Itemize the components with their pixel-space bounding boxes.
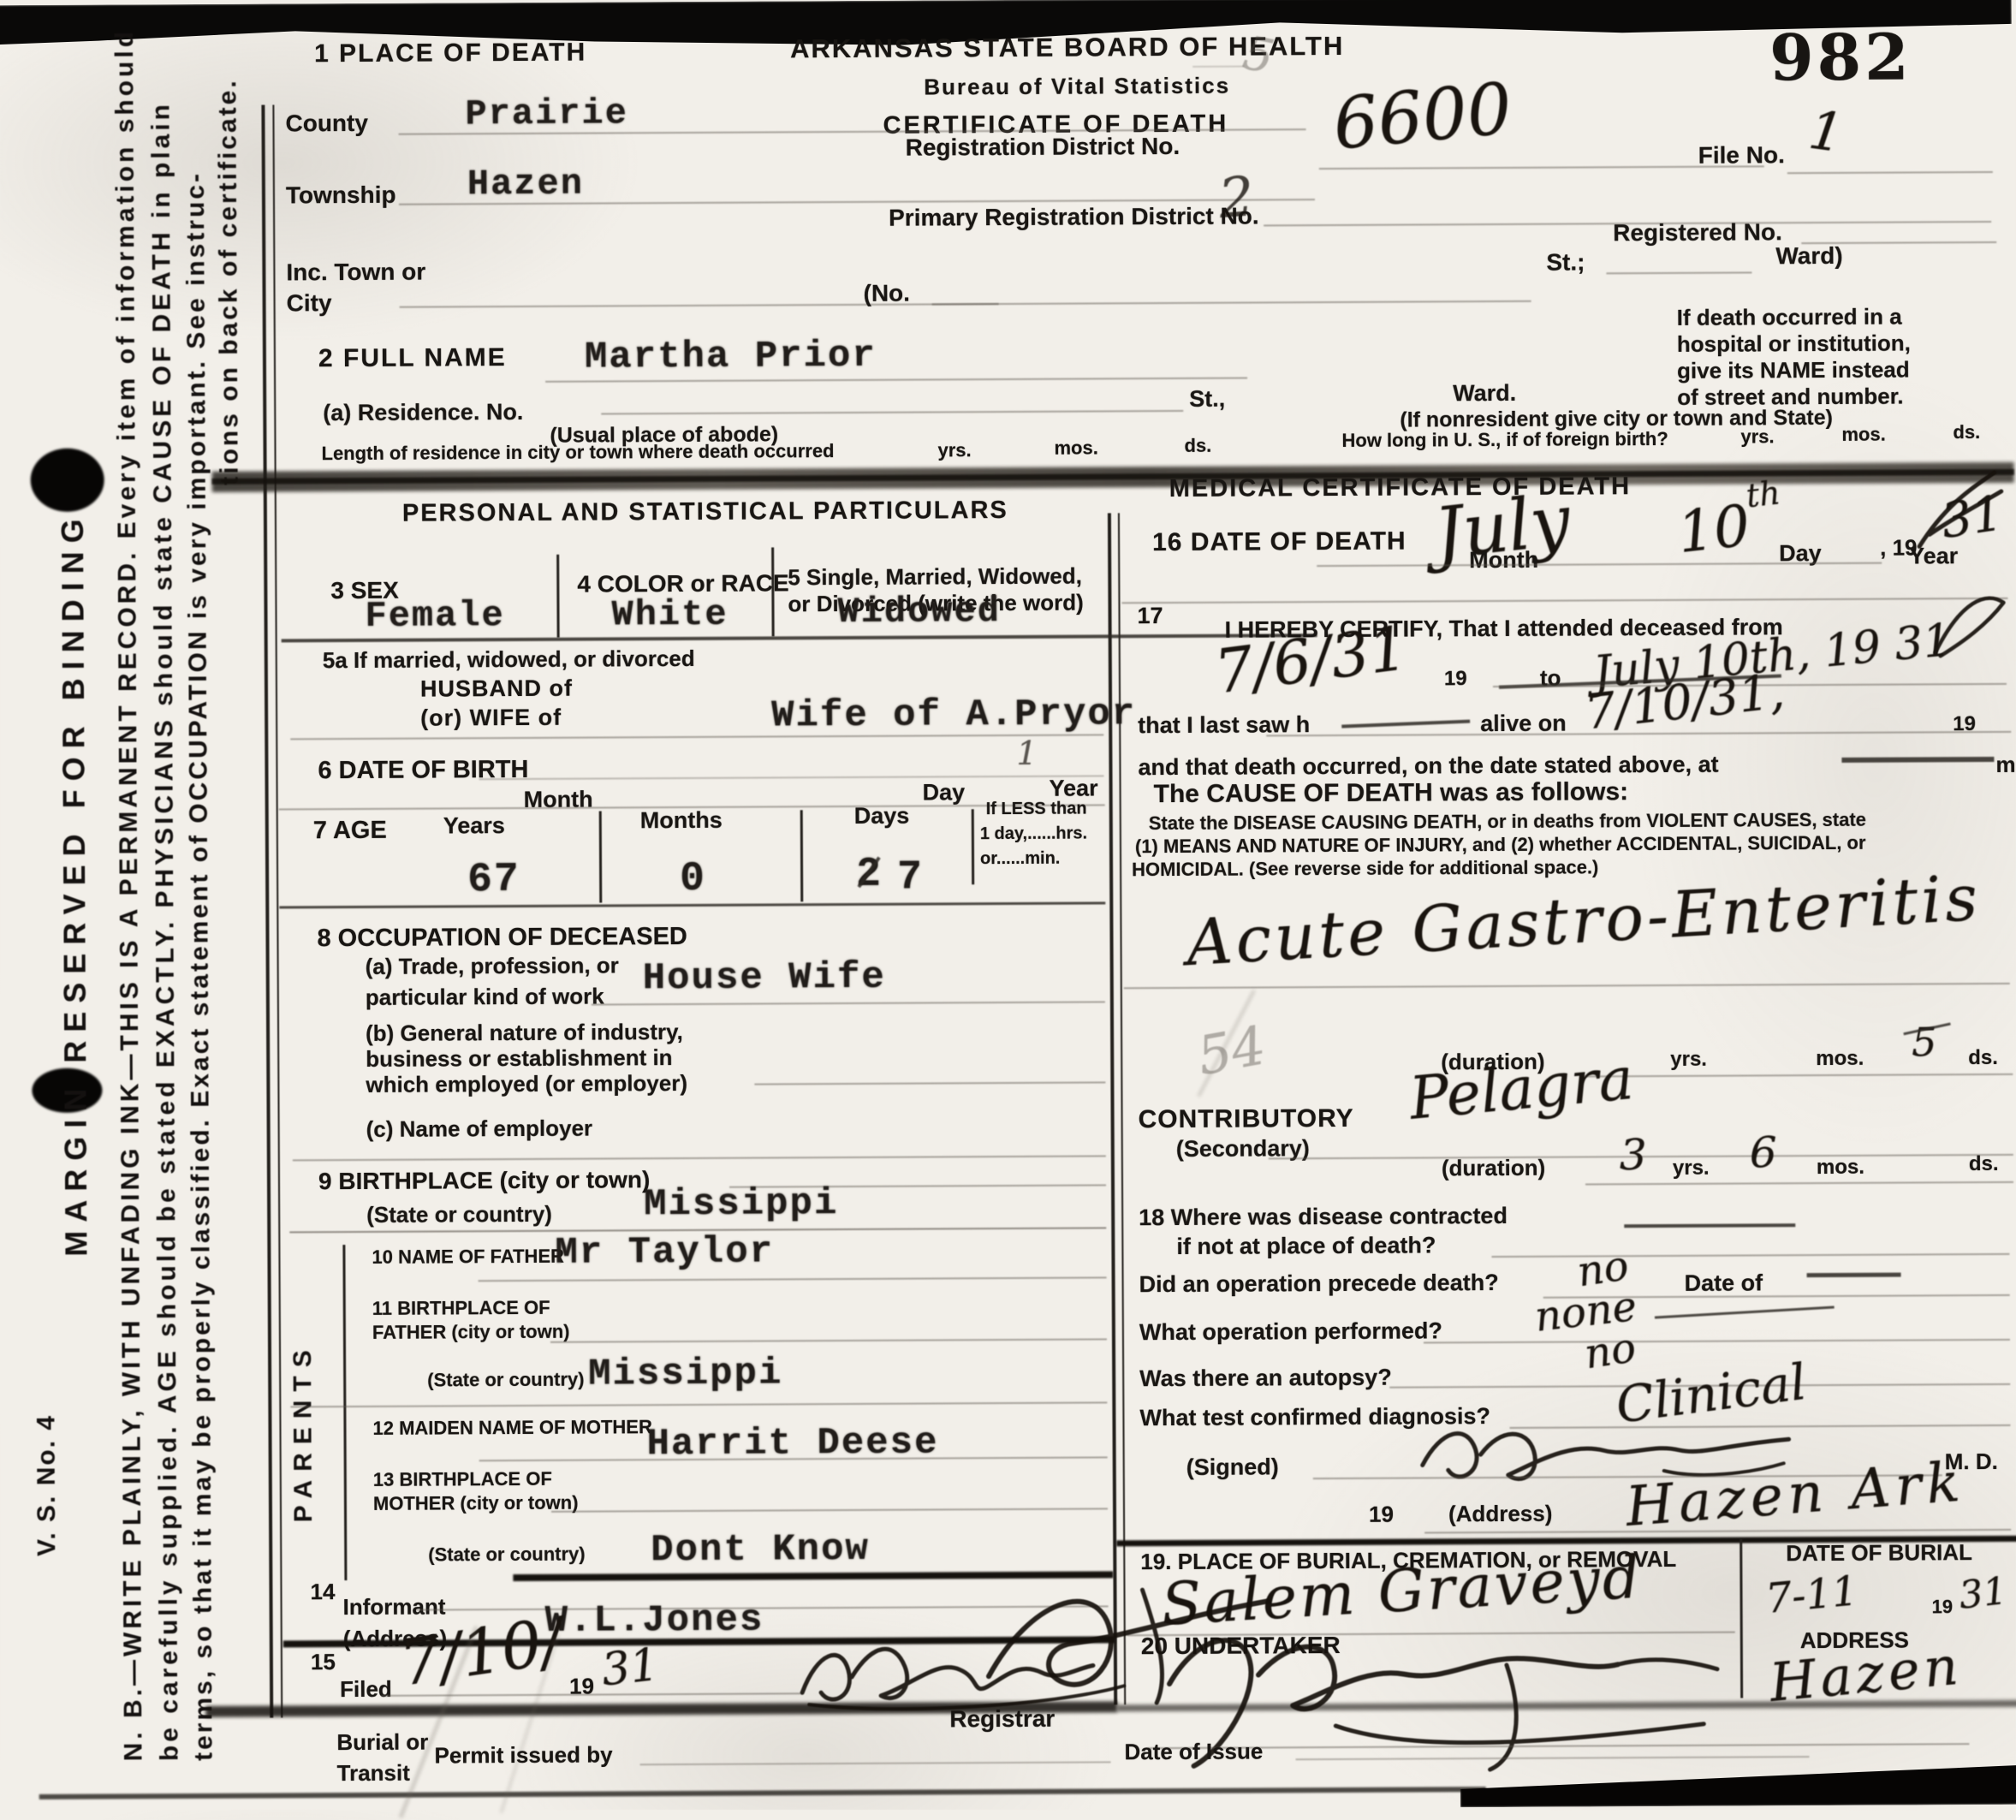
father-bp-label-2: FATHER (city or town) xyxy=(372,1321,570,1344)
duration2-yrs-value: 3 xyxy=(1620,1130,1647,1180)
informant-label: Informant xyxy=(343,1593,446,1621)
transit-label: Transit xyxy=(337,1760,410,1787)
death-occurred-text: and that death occurred, on the date sta… xyxy=(1138,752,1718,782)
file-no-value: 1 xyxy=(1805,98,1847,165)
pencil-mark-54: 54 xyxy=(1192,1014,1270,1087)
if-less-label-1: If LESS than xyxy=(986,800,1087,820)
burial-19-label: 19 xyxy=(1932,1596,1954,1618)
hospital-note-2: hospital or institution, xyxy=(1677,330,1911,357)
no-paren-label: (No. xyxy=(863,280,910,307)
dod-month-label: Month xyxy=(1469,547,1538,574)
occ-b-label-1: (b) General nature of industry, xyxy=(366,1019,683,1047)
item5a-label-3: (or) WIFE of xyxy=(420,705,562,732)
burial-divider xyxy=(1739,1539,1743,1698)
where-contracted-1: 18 Where was disease contracted xyxy=(1139,1203,1508,1231)
inc-town-label-1: Inc. Town or xyxy=(286,259,425,287)
hospital-note-1: If death occurred in a xyxy=(1677,304,1902,331)
age-div-2 xyxy=(800,810,804,901)
county-value: Prairie xyxy=(465,92,628,134)
registrar-signature xyxy=(792,1624,1135,1720)
age-months-label: Months xyxy=(640,807,723,835)
township-value: Hazen xyxy=(467,164,584,205)
item19-number: 19 xyxy=(1369,1502,1394,1528)
spouse-line xyxy=(290,734,1103,740)
where-contracted-dash xyxy=(1624,1223,1795,1228)
duration-yrs: yrs. xyxy=(1670,1048,1707,1072)
duration2-mos: mos. xyxy=(1817,1156,1864,1180)
duration-mos: mos. xyxy=(1816,1047,1864,1071)
item5a-label-2: HUSBAND of xyxy=(420,675,573,703)
certificate-number: 982 xyxy=(1769,21,1912,95)
ward-dot-label: Ward. xyxy=(1453,380,1516,407)
race-marital-divider xyxy=(771,547,775,636)
file-no-label: File No. xyxy=(1698,141,1785,170)
occ-a-value: House Wife xyxy=(643,956,886,1000)
vs-number: V. S. No. 4 xyxy=(32,1414,62,1556)
birthplace-label: 9 BIRTHPLACE (city or town) xyxy=(318,1166,651,1195)
punch-hole-top xyxy=(30,449,104,512)
duration-line xyxy=(1585,1074,2013,1078)
age-row-underline xyxy=(279,901,1105,908)
personal-title: PERSONAL AND STATISTICAL PARTICULARS xyxy=(402,497,1008,528)
no-line xyxy=(932,300,1531,306)
length-ds: ds. xyxy=(1184,435,1211,457)
filed-number: 15 xyxy=(311,1649,336,1675)
st-line xyxy=(1606,271,1751,274)
attended-to-label: to xyxy=(1540,665,1561,692)
primary-registration-value: 2 xyxy=(1216,165,1256,231)
age-days-label: Days xyxy=(854,803,910,830)
age-years-value: 67 xyxy=(467,857,520,903)
registration-district-label: Registration District No. xyxy=(906,133,1180,162)
uslength-mos: mos. xyxy=(1841,424,1885,446)
sex-value: Female xyxy=(365,595,504,637)
full-name-value: Martha Prior xyxy=(585,335,877,379)
duration2-line xyxy=(1585,1181,2013,1186)
form-border-outer xyxy=(261,105,273,1718)
occ-b-label-2: business or establishment in xyxy=(366,1044,672,1073)
hospital-note-3: give its NAME instead xyxy=(1677,356,1910,384)
where-contracted-2: if not at place of death? xyxy=(1176,1232,1436,1260)
father-bp-state-label: (State or country) xyxy=(427,1369,584,1392)
date-of-death-year-value: 31 xyxy=(1938,485,2007,550)
cause-line xyxy=(1124,983,2010,989)
item5a-label-1: 5a If married, widowed, or divorced xyxy=(323,645,695,674)
what-operation-question: What operation performed? xyxy=(1139,1317,1442,1346)
father-name-value: Mr Taylor xyxy=(555,1230,774,1274)
age-label: 7 AGE xyxy=(313,817,387,845)
duration-ds: ds. xyxy=(1968,1046,1998,1070)
burial-or-label: Burial or xyxy=(336,1729,428,1757)
age-days-value: 7 xyxy=(897,855,924,901)
dob-day-label: Day xyxy=(923,779,966,806)
dob-year-label: Year xyxy=(1050,775,1098,801)
occupation-label: 8 OCCUPATION OF DECEASED xyxy=(317,923,687,953)
uslength-yrs: yrs. xyxy=(1740,425,1774,448)
margin-binding-note: MARGIN RESERVED FOR BINDING xyxy=(55,510,95,1257)
occ-b-label-3: which employed (or employer) xyxy=(366,1070,687,1098)
cause-note-3: HOMICIDAL. (See reverse side for additio… xyxy=(1132,856,1598,881)
primary-registration-label: Primary Registration District No. xyxy=(889,202,1259,231)
sex-race-divider xyxy=(556,555,560,638)
filed-19-label: 19 xyxy=(569,1674,594,1700)
burial-date-value: 7-11 xyxy=(1763,1567,1860,1623)
column-divider-outer xyxy=(1108,513,1117,1704)
mother-bp-label-1: 13 BIRTHPLACE OF xyxy=(373,1468,552,1491)
nb-note-line2: be carefully supplied. AGE should be sta… xyxy=(146,101,184,1761)
uslength-ds: ds. xyxy=(1953,421,1980,443)
dob-line xyxy=(479,775,1104,780)
cause-note-2: (1) MEANS AND NATURE OF INJURY, and (2) … xyxy=(1135,832,1866,858)
if-less-label-2: 1 day,......hrs. xyxy=(980,824,1087,845)
dob-stray-mark: 1 xyxy=(1016,735,1037,772)
what-operation-dash xyxy=(1655,1306,1835,1318)
dob-label: 6 DATE OF BIRTH xyxy=(318,756,528,785)
parents-bracket-line xyxy=(342,1245,347,1580)
father-name-line xyxy=(479,1276,1107,1282)
where-contracted-line xyxy=(1491,1253,2009,1258)
father-bp-value: Missippi xyxy=(588,1352,782,1395)
ward-paren-label: Ward) xyxy=(1775,242,1842,270)
age-div-1 xyxy=(599,811,603,902)
birthplace-value: Missippi xyxy=(644,1182,838,1226)
what-operation-line xyxy=(1424,1339,2010,1344)
file-no-line xyxy=(1787,171,1993,174)
address-line xyxy=(1424,1529,2011,1534)
informant-number: 14 xyxy=(310,1579,335,1605)
mother-name-label: 12 MAIDEN NAME OF MOTHER xyxy=(372,1416,651,1440)
mother-bp-line xyxy=(551,1508,1108,1512)
date-of-death-day-suffix: th xyxy=(1745,473,1782,514)
date-of-label: Date of xyxy=(1685,1270,1763,1296)
occ-a-label-1: (a) Trade, profession, or xyxy=(366,952,619,980)
bureau-subtitle: Bureau of Vital Statistics xyxy=(924,73,1230,101)
father-bp-label-1: 11 BIRTHPLACE OF xyxy=(372,1297,550,1320)
length-mos: mos. xyxy=(1054,437,1097,459)
length-residence-label: Length of residence in city or town wher… xyxy=(321,440,834,465)
parents-vertical-label: PARENTS xyxy=(288,1341,318,1522)
permit-line xyxy=(640,1761,1111,1765)
father-bp-line xyxy=(550,1338,1107,1342)
duration2-mos-value: 6 xyxy=(1750,1127,1777,1177)
death-certificate-scan: V. S. No. 4 MARGIN RESERVED FOR BINDING … xyxy=(0,0,2016,1810)
date-of-death-day-value: 10 xyxy=(1674,492,1753,566)
form-border-inner xyxy=(272,104,282,1717)
full-name-label: 2 FULL NAME xyxy=(318,343,507,373)
row16-line xyxy=(1121,598,2007,604)
column-divider-inner xyxy=(1118,513,1126,1704)
date-of-dash xyxy=(1807,1273,1901,1278)
registration-district-value: 6600 xyxy=(1330,68,1516,166)
inc-town-label-2: City xyxy=(287,289,332,317)
signed-label: (Signed) xyxy=(1186,1454,1279,1481)
age-months-value: 0 xyxy=(680,856,706,902)
attended-from-19: 19 xyxy=(1444,667,1467,691)
occ-c-line xyxy=(293,1155,1106,1161)
informant-value: W.L.Jones xyxy=(545,1599,764,1643)
if-less-label-3: or......min. xyxy=(980,849,1060,869)
birthplace-state-label: (State or country) xyxy=(366,1201,552,1228)
date-of-death-label: 16 DATE OF DEATH xyxy=(1152,527,1406,558)
occ-a-line xyxy=(592,1001,1105,1005)
death-occurred-dash xyxy=(1841,757,1994,763)
registered-no-label: Registered No. xyxy=(1613,218,1782,247)
father-bp-state-line xyxy=(290,1401,1107,1407)
duration2-label: (duration) xyxy=(1442,1155,1545,1182)
dob-month-label: Month xyxy=(524,787,593,813)
mother-bp-value: Dont Know xyxy=(651,1528,870,1572)
pencil-dash-top xyxy=(1192,66,1244,68)
race-value: White xyxy=(611,594,728,636)
occ-b-line xyxy=(754,1081,1105,1085)
dod-year-label: Year xyxy=(1909,543,1958,569)
st-comma-label: St., xyxy=(1189,386,1225,413)
burial-year-value: 31 xyxy=(1957,1569,2009,1618)
permit-issued-label: Permit issued by xyxy=(434,1741,612,1769)
last-saw-h-strike xyxy=(1341,720,1470,729)
item17-number: 17 xyxy=(1137,603,1163,629)
operation-question: Did an operation precede death? xyxy=(1139,1270,1499,1298)
address-label: (Address) xyxy=(1448,1501,1553,1528)
occ-a-label-2: particular kind of work xyxy=(366,983,604,1010)
autopsy-value: no xyxy=(1581,1323,1638,1378)
duration2-yrs: yrs. xyxy=(1673,1157,1710,1181)
spouse-value: Wife of A.Pryor xyxy=(771,693,1136,737)
county-label: County xyxy=(285,110,368,138)
cause-heading: The CAUSE OF DEATH was as follows: xyxy=(1154,777,1629,809)
occ-c-label: (c) Name of employer xyxy=(366,1115,593,1143)
age-years-label: Years xyxy=(443,812,505,839)
residence-label: (a) Residence. No. xyxy=(323,399,523,426)
length-yrs: yrs. xyxy=(937,439,971,461)
age-div-3 xyxy=(972,809,974,884)
duration2-ds: ds. xyxy=(1969,1152,1999,1176)
st-semi-label: St.; xyxy=(1546,248,1585,276)
father-name-label: 10 NAME OF FATHER xyxy=(372,1246,564,1269)
mother-bp-state-label: (State or country) xyxy=(428,1543,585,1567)
township-label: Township xyxy=(286,181,396,210)
autopsy-question: Was there an autopsy? xyxy=(1139,1365,1392,1393)
filed-year-value: 31 xyxy=(599,1639,661,1697)
burial-date-heading: DATE OF BURIAL xyxy=(1786,1539,1972,1567)
marital-value: Widowed xyxy=(837,591,1001,633)
nb-note-line4: tions on back of certificate. xyxy=(213,78,244,485)
filed-label: Filed xyxy=(340,1676,392,1703)
contributory-label: CONTRIBUTORY xyxy=(1139,1104,1354,1134)
m-label: m. xyxy=(1995,752,2016,778)
date-of-issue-label: Date of Issue xyxy=(1124,1738,1263,1765)
residence-line xyxy=(601,410,1183,415)
nb-note-line3: terms, so that it may be properly classi… xyxy=(181,171,219,1761)
marital-label-1: 5 Single, Married, Widowed, xyxy=(788,563,1082,592)
place-of-death-label: 1 PLACE OF DEATH xyxy=(314,39,586,69)
mother-bp-label-2: MOTHER (city or town) xyxy=(373,1492,579,1515)
how-long-us-label: How long in U. S., if of foreign birth? xyxy=(1341,428,1668,452)
nb-note-line1: N. B.—WRITE PLAINLY, WITH UNFADING INK—T… xyxy=(110,28,149,1762)
cause-note-1: State the DISEASE CAUSING DEATH, or in d… xyxy=(1149,809,1866,835)
scan-bottom-smear xyxy=(39,1787,1486,1799)
